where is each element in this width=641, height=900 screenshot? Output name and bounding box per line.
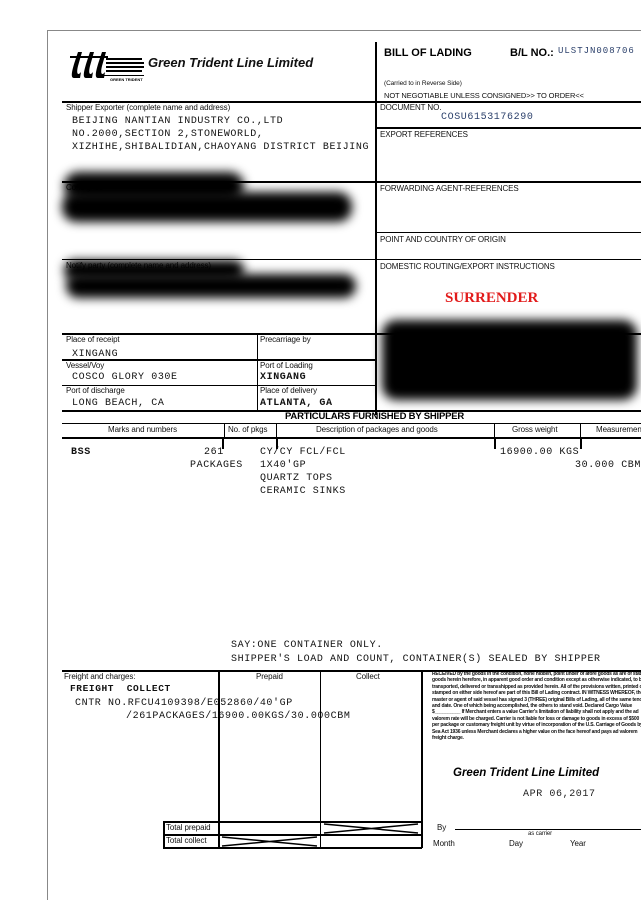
sub-note: (Carried to in Reverse Side) [384, 80, 462, 87]
port-of-discharge-value: LONG BEACH, CA [72, 398, 164, 409]
column-header: Gross weight [512, 425, 557, 434]
column-divider [494, 437, 496, 449]
divider [62, 359, 376, 361]
signing-company: Green Trident Line Limited [453, 767, 599, 779]
place-of-delivery-label: Place of delivery [260, 386, 317, 395]
bl-no-label: B/L NO.: [510, 47, 554, 59]
measurement-value: 30.000 CBM [575, 460, 641, 471]
description-line: QUARTZ TOPS [260, 473, 333, 484]
forwarding-agent-label: FORWARDING AGENT-REFERENCES [380, 184, 519, 193]
place-of-receipt-label: Place of receipt [66, 335, 120, 344]
particulars-heading: PARTICULARS FURNISHED BY SHIPPER [285, 411, 464, 422]
freight-term: FREIGHT COLLECT [70, 683, 171, 694]
by-label: By [437, 823, 446, 832]
collect-label: Collect [356, 672, 380, 681]
export-references-label: EXPORT REFERENCES [380, 130, 468, 139]
year-label: Year [570, 839, 586, 848]
place-of-delivery-value: ATLANTA, GA [260, 398, 333, 409]
column-divider [580, 437, 582, 449]
column-header: Measurement [596, 425, 641, 434]
redaction [382, 320, 637, 400]
column-divider [257, 333, 258, 411]
ttl-trident-logo-icon: GREEN TRIDENT [68, 48, 146, 82]
divider [62, 333, 641, 335]
prepaid-label: Prepaid [256, 672, 283, 681]
port-of-loading-label: Port of Loading [260, 361, 313, 370]
container-line: /261PACKAGES/16900.00KGS/30.000CBM [126, 711, 350, 722]
redaction [62, 192, 352, 222]
column-header: Marks and numbers [108, 425, 177, 434]
say-line: SAY:ONE CONTAINER ONLY. [231, 640, 383, 651]
column-header: No. of pkgs [228, 425, 267, 434]
column-header: Description of packages and goods [316, 425, 438, 434]
shipper-load-line: SHIPPER'S LOAD AND COUNT, CONTAINER(S) S… [231, 654, 601, 665]
negotiable-note: NOT NEGOTIABLE UNLESS CONSIGNED>> TO ORD… [384, 91, 584, 100]
freight-charges-label: Freight and charges: [64, 672, 135, 681]
total-collect-label: Total collect [166, 836, 207, 845]
bl-no-value: ULSTJN008706 [558, 46, 635, 56]
domestic-routing-label: DOMESTIC ROUTING/EXPORT INSTRUCTIONS [380, 262, 555, 271]
port-of-discharge-label: Port of discharge [66, 386, 125, 395]
signature-line[interactable] [455, 829, 641, 830]
total-prepaid-label: Total prepaid [166, 823, 211, 832]
shipper-line: BEIJING NANTIAN INDUSTRY CO.,LTD [72, 116, 283, 127]
divider [163, 847, 422, 849]
description-line: CY/CY FCL/FCL [260, 447, 346, 458]
cross-out-mark [220, 836, 319, 847]
precarriage-label: Precarriage by [260, 335, 311, 344]
document-no-label: DOCUMENT NO. [380, 103, 441, 112]
pkgs-count: 261 [204, 447, 224, 458]
surrender-stamp: SURRENDER [445, 290, 538, 307]
terms-text: RECEIVED by the goods in the condition, … [432, 671, 641, 771]
company-name: Green Trident Line Limited [148, 55, 313, 70]
gross-weight-value: 16900.00 KGS [500, 447, 579, 458]
port-of-loading-value: XINGANG [260, 372, 306, 383]
divider [376, 232, 641, 233]
shipper-line: XIZHIHE,SHIBALIDIAN,CHAOYANG DISTRICT BE… [72, 142, 369, 153]
vessel-voy-label: Vessel/Voy [66, 361, 104, 370]
shipper-label: Shipper Exporter (complete name and addr… [66, 103, 230, 112]
description-line: 1X40'GP [260, 460, 306, 471]
marks-value: BSS [71, 447, 91, 458]
divider [376, 127, 641, 129]
document-no-value: COSU6153176290 [441, 112, 533, 123]
page-edge [47, 30, 641, 31]
as-carrier-label: as carrier [528, 831, 552, 837]
point-country-origin-label: POINT AND COUNTRY OF ORIGIN [380, 235, 506, 244]
divider [62, 437, 641, 439]
issue-date: APR 06,2017 [523, 789, 596, 800]
cross-out-mark [322, 823, 420, 834]
description-line: CERAMIC SINKS [260, 486, 346, 497]
redaction [66, 274, 356, 298]
day-label: Day [509, 839, 523, 848]
svg-text:GREEN TRIDENT: GREEN TRIDENT [110, 77, 143, 82]
month-label: Month [433, 839, 455, 848]
shipper-line: NO.2000,SECTION 2,STONEWORLD, [72, 129, 263, 140]
page-edge [47, 30, 48, 900]
pkgs-unit: PACKAGES [190, 460, 243, 471]
divider [62, 423, 641, 424]
document-title: BILL OF LADING [384, 47, 472, 59]
vessel-voy-value: COSCO GLORY 030E [72, 372, 178, 383]
container-line: CNTR NO.RFCU4109398/E052860/40'GP [75, 698, 293, 709]
